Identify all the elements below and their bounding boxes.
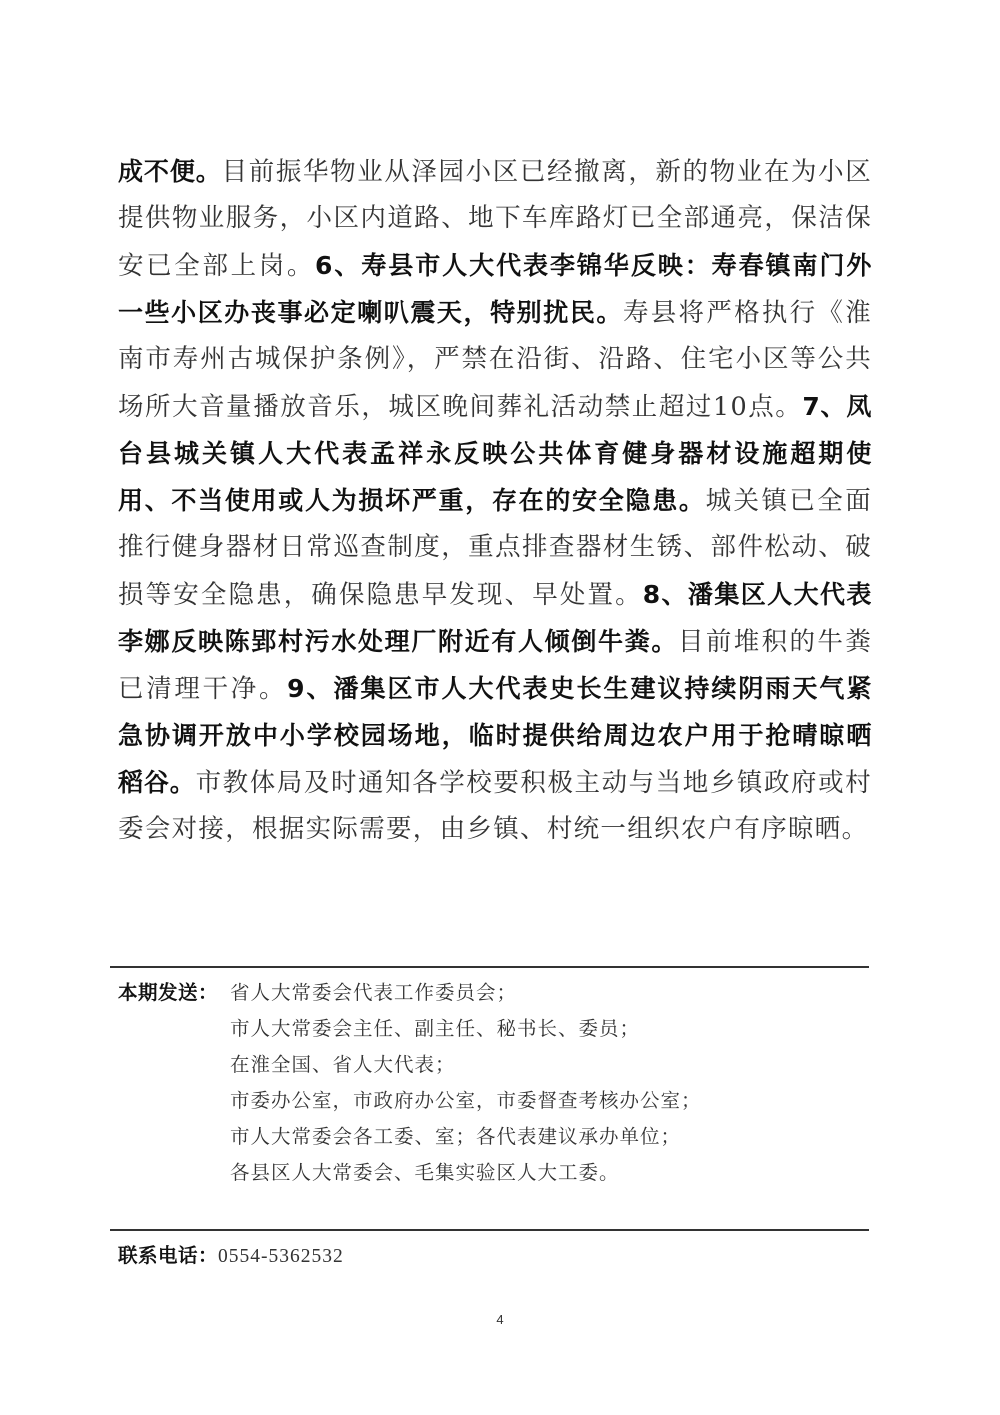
bold-text: 9、潘集区市人大代表史长生建议持续阴雨天气紧 bbox=[287, 674, 872, 703]
paragraph-line: 场所大音量播放音乐，城区晚间葬礼活动禁止超过10点。7、凤 bbox=[118, 383, 872, 430]
normal-text: 目前堆积的牛粪 bbox=[678, 627, 872, 657]
paragraph-line: 南市寿州古城保护条例》，严禁在沿街、沿路、住宅小区等公共 bbox=[118, 336, 872, 383]
top-divider bbox=[110, 966, 869, 968]
normal-text: 市教体局及时通知各学校要积极主动与当地乡镇政府或村 bbox=[196, 768, 872, 798]
bold-text: 稻谷。 bbox=[118, 768, 196, 797]
bold-text: 用、不当使用或人为损坏严重，存在的安全隐患。 bbox=[118, 486, 706, 515]
recipient: 在淮全国、省人大代表； bbox=[230, 1053, 456, 1076]
normal-text: 推行健身器材日常巡查制度，重点排查器材生锈、部件松动、破 bbox=[118, 532, 872, 562]
normal-text: 委会对接，根据实际需要，由乡镇、村统一组织农户有序晾晒。 bbox=[118, 814, 868, 844]
normal-text: 南市寿州古城保护条例》，严禁在沿街、沿路、住宅小区等公共 bbox=[118, 344, 872, 374]
paragraph-line: 已清理干净。9、潘集区市人大代表史长生建议持续阴雨天气紧 bbox=[118, 665, 872, 712]
normal-text: 提供物业服务，小区内道路、地下车库路灯已全部通亮，保洁保 bbox=[118, 203, 872, 233]
recipient: 省人大常委会代表工作委员会； bbox=[230, 981, 517, 1004]
paragraph-line: 安已全部上岗。6、寿县市人大代表李锦华反映：寿春镇南门外 bbox=[118, 242, 872, 289]
paragraph-line: 台县城关镇人大代表孟祥永反映公共体育健身器材设施超期使 bbox=[118, 430, 872, 477]
page-number: 4 bbox=[0, 1312, 1000, 1327]
paragraph-line: 李娜反映陈郢村污水处理厂附近有人倾倒牛粪。目前堆积的牛粪 bbox=[118, 618, 872, 665]
distribution-label: 本期发送： bbox=[118, 975, 230, 1011]
bold-text: 台县城关镇人大代表孟祥永反映公共体育健身器材设施超期使 bbox=[118, 439, 872, 468]
paragraph-line: 成不便。目前振华物业从泽园小区已经撤离，新的物业在为小区 bbox=[118, 148, 872, 195]
normal-text: 寿县将严格执行《淮 bbox=[623, 298, 872, 328]
paragraph-line: 损等安全隐患，确保隐患早发现、早处置。8、潘集区人大代表 bbox=[118, 571, 872, 618]
recipient: 市委办公室，市政府办公室，市委督查考核办公室； bbox=[230, 1089, 702, 1112]
paragraph-line: 用、不当使用或人为损坏严重，存在的安全隐患。城关镇已全面 bbox=[118, 477, 872, 524]
bold-text: 6、寿县市人大代表李锦华反映：寿春镇南门外 bbox=[315, 251, 872, 280]
normal-text: 损等安全隐患，确保隐患早发现、早处置。 bbox=[118, 580, 643, 610]
recipient: 市人大常委会主任、副主任、秘书长、委员； bbox=[230, 1017, 640, 1040]
distribution-row: 市人大常委会主任、副主任、秘书长、委员； bbox=[118, 1011, 878, 1047]
recipient: 市人大常委会各工委、室；各代表建议承办单位； bbox=[230, 1125, 681, 1148]
contact-label: 联系电话： bbox=[118, 1244, 218, 1267]
paragraph-line: 稻谷。市教体局及时通知各学校要积极主动与当地乡镇政府或村 bbox=[118, 759, 872, 806]
paragraph-line: 提供物业服务，小区内道路、地下车库路灯已全部通亮，保洁保 bbox=[118, 195, 872, 242]
contact-line: 联系电话：0554-5362532 bbox=[118, 1238, 344, 1274]
normal-text: 安已全部上岗。 bbox=[118, 251, 315, 281]
normal-text: 城关镇已全面 bbox=[706, 486, 872, 516]
paragraph-line: 委会对接，根据实际需要，由乡镇、村统一组织农户有序晾晒。 bbox=[118, 806, 872, 853]
document-page: 成不便。目前振华物业从泽园小区已经撤离，新的物业在为小区 提供物业服务，小区内道… bbox=[0, 0, 1000, 1415]
bold-text: 8、潘集区人大代表 bbox=[643, 580, 872, 609]
contact-phone: 0554-5362532 bbox=[218, 1246, 344, 1267]
recipient: 各县区人大常委会、毛集实验区人大工委。 bbox=[230, 1161, 620, 1184]
bottom-divider bbox=[110, 1229, 869, 1231]
distribution-row: 市人大常委会各工委、室；各代表建议承办单位； bbox=[118, 1119, 878, 1155]
paragraph-line: 推行健身器材日常巡查制度，重点排查器材生锈、部件松动、破 bbox=[118, 524, 872, 571]
paragraph-line: 急协调开放中小学校园场地，临时提供给周边农户用于抢晴晾晒 bbox=[118, 712, 872, 759]
normal-text: 场所大音量播放音乐，城区晚间葬礼活动禁止超过10点。 bbox=[118, 392, 802, 422]
distribution-row: 各县区人大常委会、毛集实验区人大工委。 bbox=[118, 1155, 878, 1191]
bold-text: 李娜反映陈郢村污水处理厂附近有人倾倒牛粪。 bbox=[118, 627, 678, 656]
body-paragraph: 成不便。目前振华物业从泽园小区已经撤离，新的物业在为小区 提供物业服务，小区内道… bbox=[118, 148, 872, 853]
distribution-list: 本期发送：省人大常委会代表工作委员会； 市人大常委会主任、副主任、秘书长、委员；… bbox=[118, 975, 878, 1191]
distribution-row: 在淮全国、省人大代表； bbox=[118, 1047, 878, 1083]
distribution-row: 市委办公室，市政府办公室，市委督查考核办公室； bbox=[118, 1083, 878, 1119]
bold-text: 急协调开放中小学校园场地，临时提供给周边农户用于抢晴晾晒 bbox=[118, 721, 872, 750]
bold-text: 成不便。 bbox=[118, 157, 222, 186]
bold-text: 一些小区办丧事必定喇叭震天，特别扰民。 bbox=[118, 298, 623, 327]
normal-text: 目前振华物业从泽园小区已经撤离，新的物业在为小区 bbox=[222, 157, 872, 187]
bold-text: 7、凤 bbox=[802, 392, 872, 421]
paragraph-line: 一些小区办丧事必定喇叭震天，特别扰民。寿县将严格执行《淮 bbox=[118, 289, 872, 336]
distribution-row: 本期发送：省人大常委会代表工作委员会； bbox=[118, 975, 878, 1011]
normal-text: 已清理干净。 bbox=[118, 674, 287, 704]
